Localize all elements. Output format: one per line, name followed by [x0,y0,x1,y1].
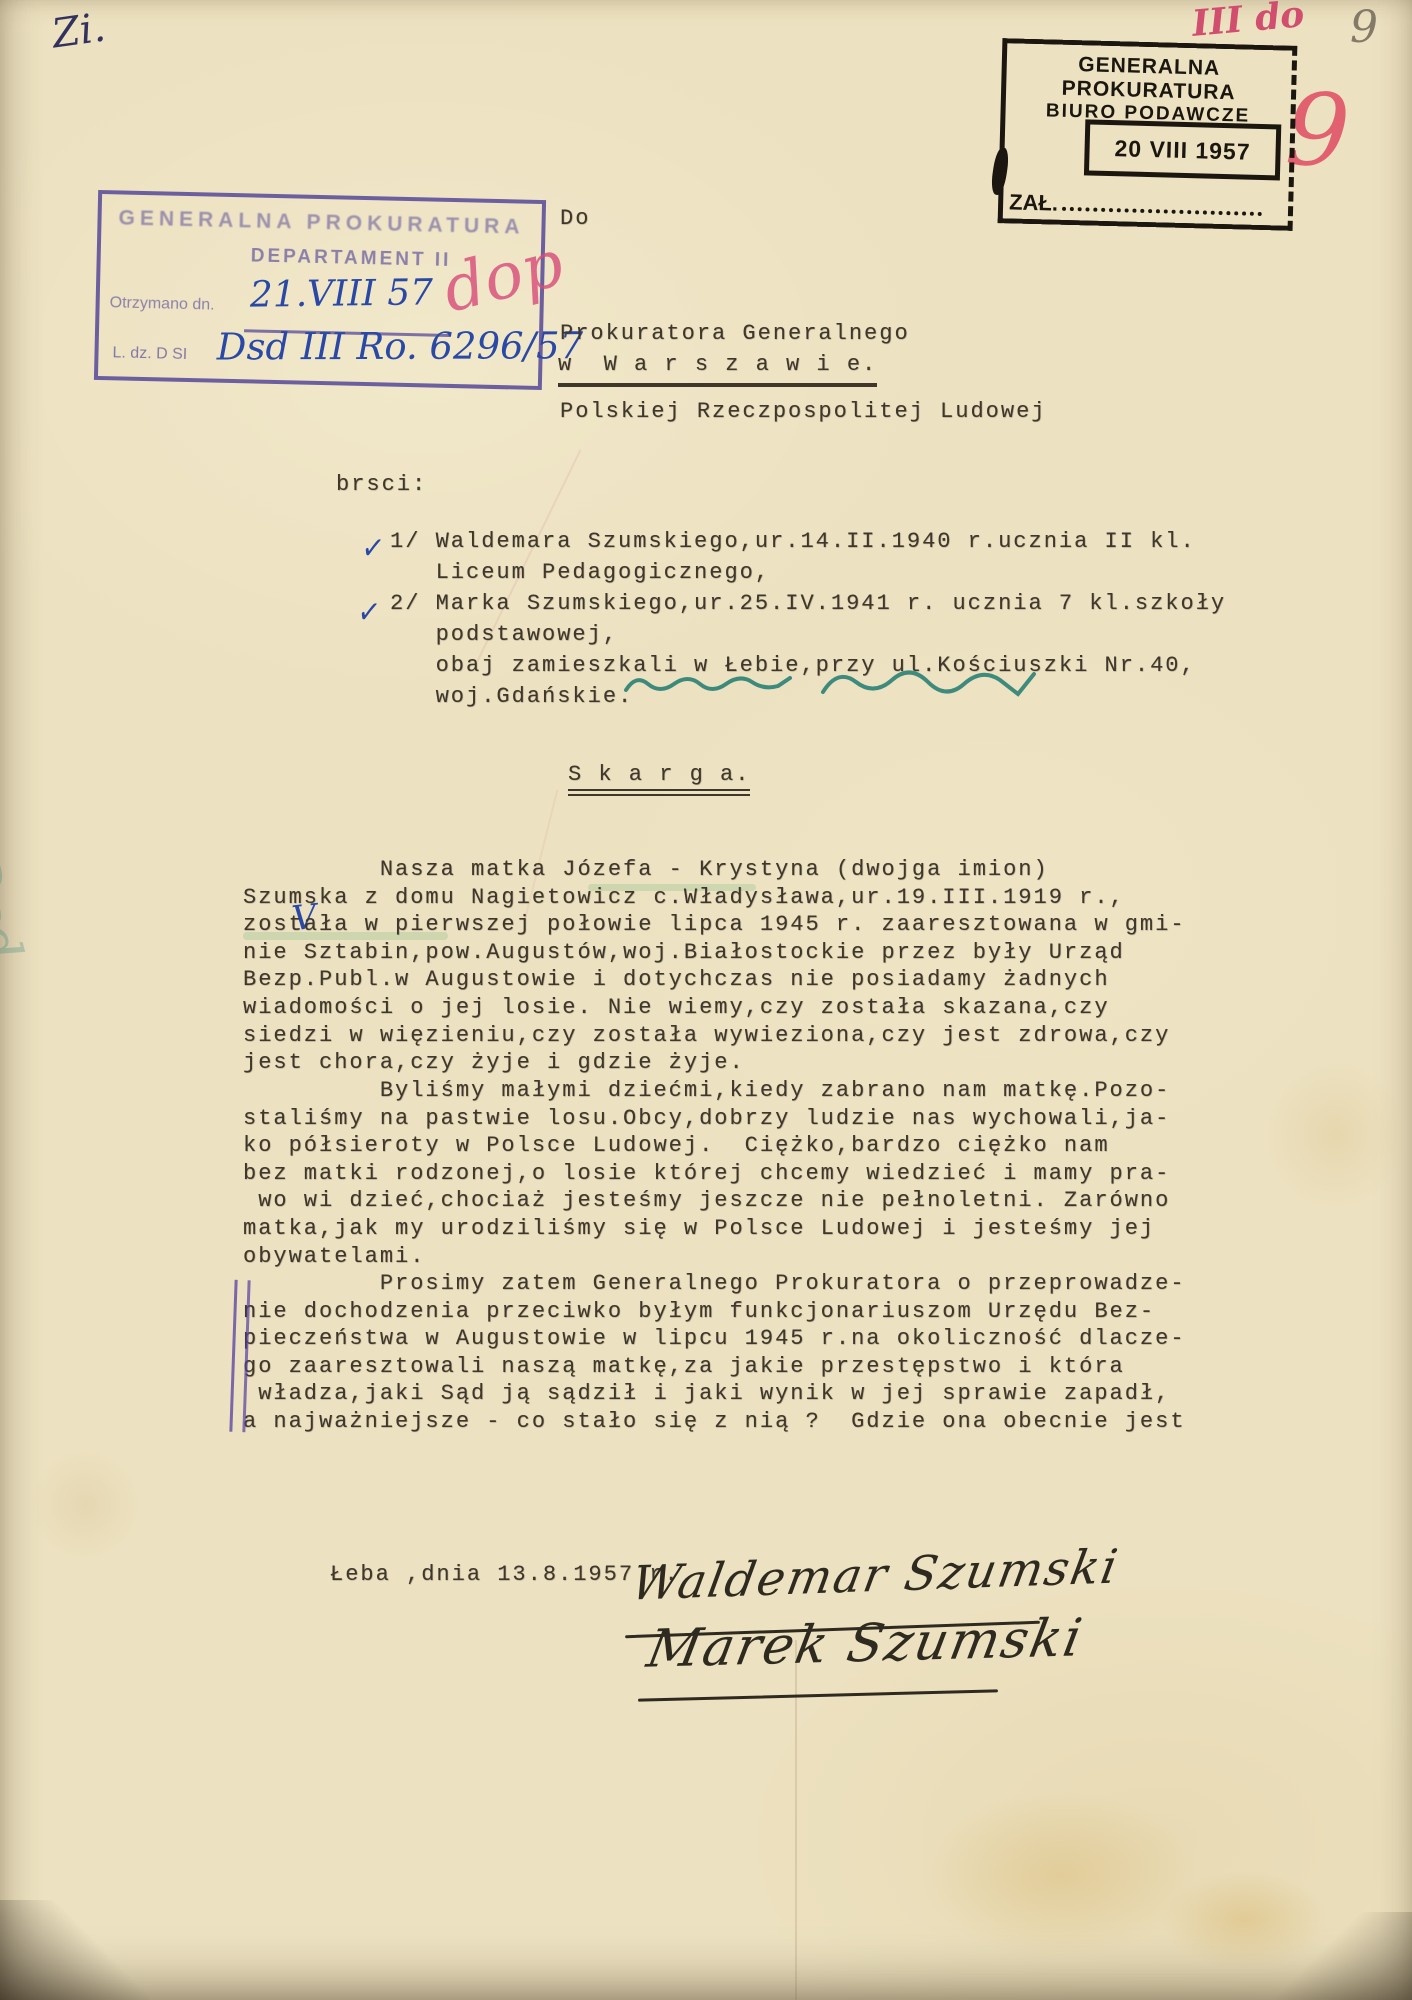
signature-underline [638,1689,998,1701]
typed-line: nie Sztabin,pow.Augustów,woj.Białostocki… [243,939,1186,967]
typed-line: staliśmy na pastwie losu.Obcy,dobrzy lud… [243,1105,1170,1133]
pencil-page-number: 9 [1350,2,1378,53]
department-stamp-org: GENERALNA PROKURATURA [101,206,541,240]
file-number-label: L. dz. D SI [112,344,187,364]
typed-line: nie dochodzenia przeciwko byłym funkcjon… [243,1298,1186,1326]
typed-line: podstawowej, [390,619,1226,650]
body-paragraph-1: Nasza matka Józefa - Krystyna (dwojga im… [243,856,1186,1077]
teal-squiggle [618,664,1088,704]
typed-line: ko półsieroty w Polsce Ludowej. Ciężko,b… [243,1132,1170,1160]
to-label: Do [560,206,590,231]
typed-line: 1/ Waldemara Szumskiego,ur.14.II.1940 r.… [390,526,1226,557]
paper-stain [920,1790,1200,1960]
typed-line: Byliśmy małymi dziećmi,kiedy zabrano nam… [243,1077,1170,1105]
corner-initials-handwriting: Zi. [49,5,108,58]
file-number-handwriting: Dsd III Ro. 6296/57 [217,324,584,368]
intake-stamp-attachments: ZAŁ. [1009,189,1262,222]
paper-stain [1265,1060,1405,1210]
typed-line: 2/ Marka Szumskiego,ur.25.IV.1941 r. ucz… [390,588,1226,619]
department-stamp-name: DEPARTAMENT II [250,245,451,272]
typed-line: obywatelami. [243,1243,1170,1271]
signature-waldemar: Waldemar Szumski [627,1539,1123,1611]
paper-stain [1160,1870,1330,1970]
scanned-letter-page: Zi. III do 9 9 GENERALNA PROKURATURA BIU… [0,0,1412,2000]
intake-stamp: GENERALNA PROKURATURA BIURO PODAWCZE 20 … [998,38,1298,231]
typed-line: Bezp.Publ.w Augustowie i dotychczas nie … [243,966,1186,994]
red-margin-note: III do [1190,0,1305,45]
body-paragraph-3: Prosimy zatem Generalnego Prokuratora o … [243,1270,1186,1436]
intake-stamp-org: GENERALNA PROKURATURA [1006,51,1292,106]
typed-line: Szumska z domu Nagietowicz c.Władysława,… [243,884,1186,912]
intro-label: brsci: [336,472,427,497]
typed-line: władza,jaki Sąd ją sądził i jaki wynik w… [243,1380,1186,1408]
zal-dotted-line [1062,191,1262,216]
city-line: w W a r s z a w i e. [558,352,877,387]
addressee-line: Prokuratora Generalnego [560,320,1046,348]
typed-line: wiadomości o jej losie. Nie wiemy,czy zo… [243,994,1186,1022]
typed-line: a najważniejsze - co stało się z nią ? G… [243,1408,1186,1436]
typed-line: została w pierwszej połowie lipca 1945 r… [243,911,1186,939]
typed-line: pieczeństwa w Augustowie w lipcu 1945 r.… [243,1325,1186,1353]
date-place-line: Łeba ,dnia 13.8.1957 r. [330,1562,680,1587]
body-paragraph-2: Byliśmy małymi dziećmi,kiedy zabrano nam… [243,1077,1170,1270]
signature-marek: Marek Szumski [642,1608,1088,1680]
received-date-handwriting: 21.VIII 57 [250,272,434,315]
typed-line: matka,jak my urodziliśmy się w Polsce Lu… [243,1215,1170,1243]
typed-line: wo wi dzieć,chociaż jesteśmy jeszcze nie… [243,1187,1170,1215]
blue-checkmark: ✓ [355,593,382,633]
typed-line: siedzi w więzieniu,czy została wywiezion… [243,1022,1186,1050]
typed-line: Nasza matka Józefa - Krystyna (dwojga im… [243,856,1186,884]
letter-heading: S k a r g a. [568,762,750,796]
attachments-label: ZAŁ. [1009,189,1059,215]
scan-shadow-bottom-left [0,1900,150,2000]
teal-margin-monogram: Dsd [0,842,35,969]
received-label: Otrzymano dn. [109,294,214,314]
intake-stamp-date: 20 VIII 1957 [1084,119,1281,180]
addressee-line: Polskiej Rzeczpospolitej Ludowej [560,398,1046,426]
blue-checkmark: ✓ [359,529,386,569]
typed-line: Prosimy zatem Generalnego Prokuratora o … [243,1270,1186,1298]
typed-line: go zaaresztowali naszą matkę,za jakie pr… [243,1353,1186,1381]
typed-line: Liceum Pedagogicznego, [390,557,1226,588]
typed-line: jest chora,czy żyje i gdzie żyje. [243,1049,1186,1077]
typed-line: bez matki rodzonej,o losie której chcemy… [243,1160,1170,1188]
ink-blob [990,146,1011,196]
paper-stain [30,1450,140,1560]
